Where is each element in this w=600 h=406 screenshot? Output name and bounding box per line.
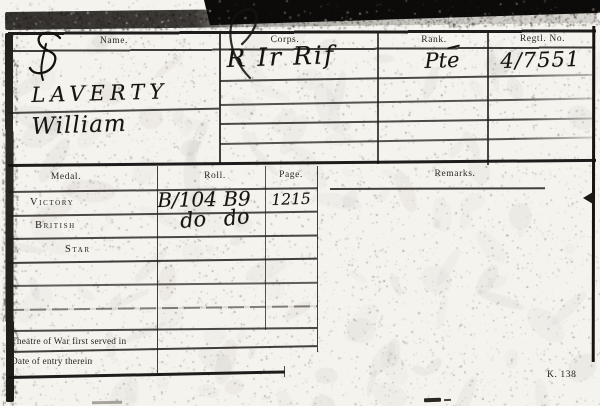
scan-tear-mark bbox=[583, 192, 593, 204]
rule-line-horizontal bbox=[8, 305, 317, 310]
corps-rank-divider bbox=[377, 33, 379, 164]
medal-column-header: Medal. bbox=[28, 172, 104, 182]
pen-loop-icon bbox=[214, 2, 294, 82]
rule-line-horizontal bbox=[220, 136, 592, 144]
rank-value: Pte bbox=[424, 48, 460, 73]
scan-smudge bbox=[424, 398, 441, 403]
card-left-border bbox=[5, 33, 14, 402]
rule-line-horizontal bbox=[220, 117, 592, 124]
scan-smudge bbox=[92, 401, 122, 404]
card-bottom-border bbox=[8, 370, 285, 378]
form-reference: K. 138 bbox=[547, 370, 576, 380]
remarks-column-header: Remarks. bbox=[398, 169, 512, 179]
star-row-rule bbox=[8, 257, 317, 263]
section-divider-thick-rule bbox=[8, 158, 596, 166]
scan-smudge bbox=[444, 399, 451, 401]
forename-value: William bbox=[31, 111, 127, 140]
roll-column-header: Roll. bbox=[178, 171, 252, 181]
date-of-entry-label: Date of entry therein bbox=[11, 357, 92, 367]
rule-line-horizontal bbox=[8, 327, 317, 331]
medal-index-card-scan: Name. Corps. Rank. Regtl. No. Medal. Rol… bbox=[0, 0, 600, 406]
page-ditto-british: do bbox=[222, 203, 251, 230]
clerk-flourish-icon bbox=[22, 30, 74, 84]
rule-line-horizontal bbox=[8, 282, 317, 287]
bottom-border-tick bbox=[284, 366, 286, 377]
remarks-header-underline bbox=[330, 187, 545, 190]
page-column-header: Page. bbox=[264, 170, 318, 180]
regimental-no-column-header: Regtl. No. bbox=[494, 34, 591, 44]
medal-row-victory: Victory bbox=[30, 197, 74, 208]
medal-row-british: British bbox=[35, 220, 76, 231]
page-value-victory: 1215 bbox=[271, 190, 311, 209]
regimental-number-value: 4/7551 bbox=[500, 47, 580, 73]
medal-row-star: Star bbox=[65, 244, 91, 255]
rank-column-header: Rank. bbox=[388, 35, 480, 45]
roll-ditto-british: do bbox=[179, 207, 207, 233]
name-column-header: Name. bbox=[64, 36, 164, 46]
british-row-rule bbox=[8, 234, 317, 239]
rule-line-horizontal bbox=[220, 98, 592, 106]
theatre-of-war-label: Theatre of War first served in bbox=[11, 337, 126, 347]
